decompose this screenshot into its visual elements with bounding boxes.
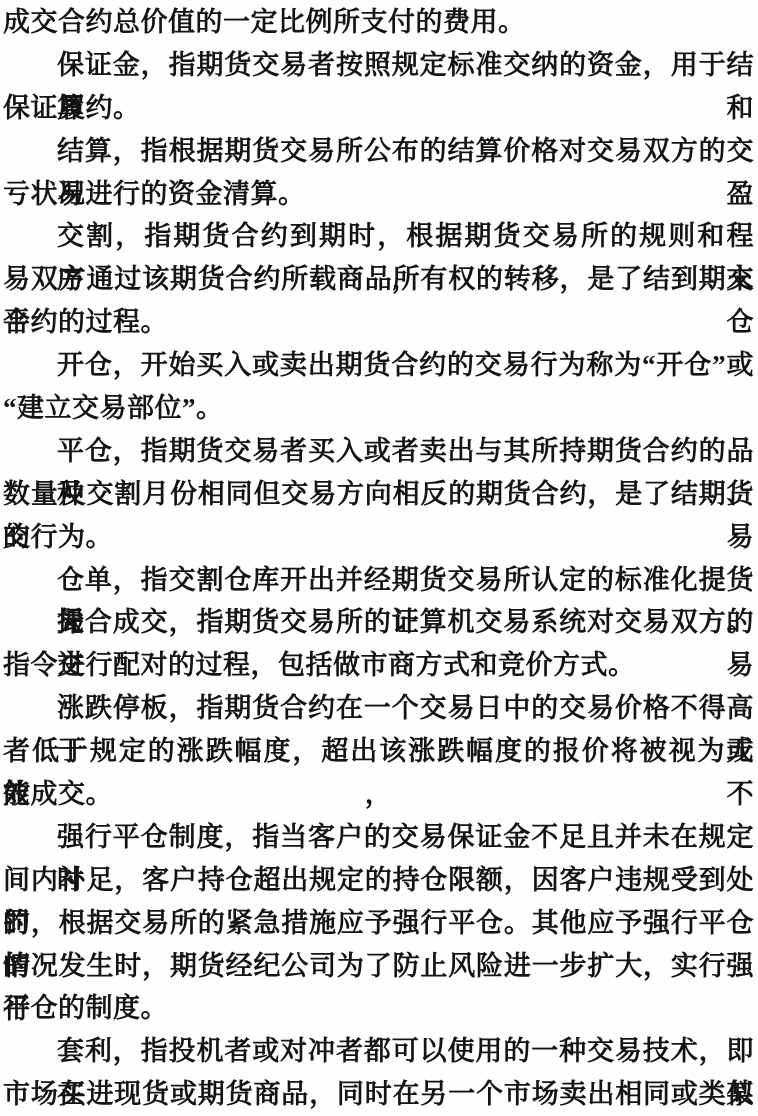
text-line: 强行平仓制度，指当客户的交易保证金不足且并未在规定时	[3, 816, 754, 859]
text-line: 开仓，开始买入或卖出期货合约的交易行为称为“开仓”或	[3, 344, 754, 387]
text-line: 涨跌停板，指期货合约在一个交易日中的交易价格不得高于或	[3, 687, 754, 730]
text-line: 情况发生时，期货经纪公司为了防止风险进一步扩大，实行强行	[3, 945, 754, 988]
text-line: 撮合成交，指期货交易所的计算机交易系统对交易双方的交易	[3, 601, 754, 644]
text-line: 平仓的制度。	[3, 987, 754, 1030]
text-line: 易双方通过该期货合约所载商品所有权的转移，是了结到期末平仓	[3, 258, 754, 301]
text-line: 成交合约总价值的一定比例所支付的费用。	[3, 1, 754, 44]
text-line: 结算，指根据期货交易所公布的结算价格对交易双方的交易盈	[3, 130, 754, 173]
text-line: 仓单，指交割仓库开出并经期货交易所认定的标准化提货凭证。	[3, 559, 754, 602]
text-line: 间内补足，客户持仓超出规定的持仓限额，因客户违规受到处罚	[3, 859, 754, 902]
document-page: 成交合约总价值的一定比例所支付的费用。 保证金，指期货交易者按照规定标准交纳的资…	[0, 0, 758, 1116]
text-line: 数量及交割月份相同但交易方向相反的期货合约，是了结期货交易	[3, 473, 754, 516]
text-line: 的，根据交易所的紧急措施应予强行平仓。其他应予强行平仓的	[3, 902, 754, 945]
text-line: 交割，指期货合约到期时，根据期货交易所的规则和程序，交	[3, 215, 754, 258]
text-line: 套利，指投机者或对冲者都可以使用的一种交易技术，即在某	[3, 1030, 754, 1073]
text-line: “建立交易部位”。	[3, 387, 754, 430]
text-line: 平仓，指期货交易者买入或者卖出与其所持期货合约的品种、	[3, 430, 754, 473]
text-line: 保证金，指期货交易者按照规定标准交纳的资金，用于结算和	[3, 44, 754, 87]
text-line: 者低于规定的涨跌幅度，超出该涨跌幅度的报价将被视为无效，不	[3, 730, 754, 773]
text-line: 市场买进现货或期货商品，同时在另一个市场卖出相同或类似的商	[3, 1073, 754, 1116]
